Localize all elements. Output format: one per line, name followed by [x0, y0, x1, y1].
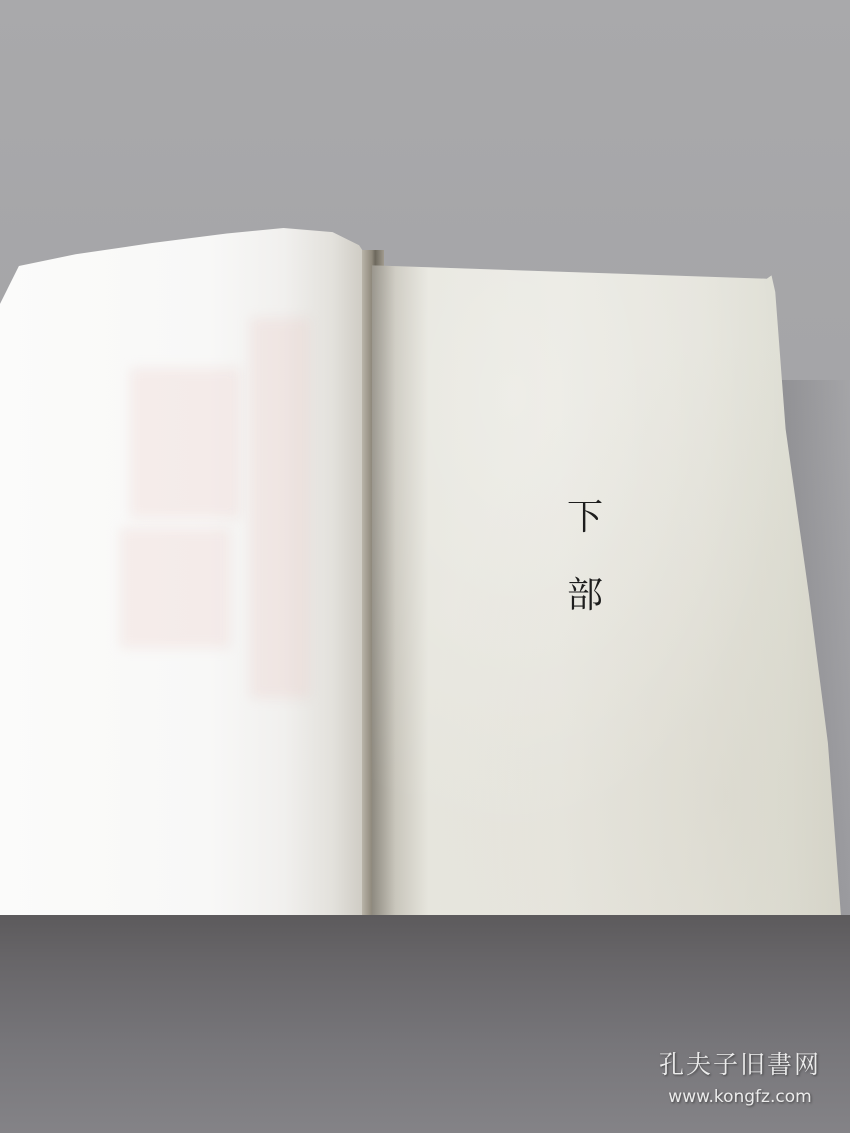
right-page: 下 部	[372, 262, 842, 930]
bleed-through-print	[0, 228, 378, 918]
watermark-title: 孔夫子旧書网	[640, 1050, 840, 1080]
page-heading: 下 部	[560, 500, 610, 614]
watermark-url: www.kongfz.com	[640, 1086, 840, 1108]
photo-scene: 下 部 孔夫子旧書网 www.kongfz.com	[0, 0, 850, 1133]
left-page	[0, 228, 378, 918]
heading-char-1: 下	[567, 500, 603, 536]
watermark: 孔夫子旧書网 www.kongfz.com	[640, 1050, 840, 1108]
heading-char-2: 部	[567, 578, 603, 614]
